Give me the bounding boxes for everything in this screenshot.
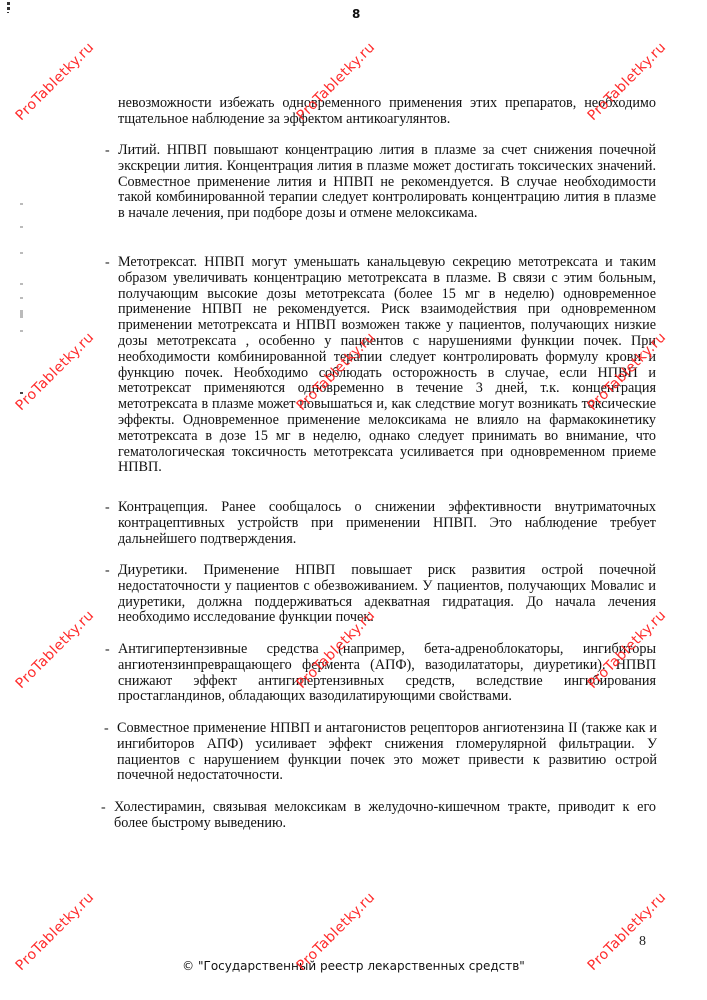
scan-noise (20, 226, 23, 228)
watermark: ProTabletky.ru (13, 329, 98, 414)
list-bullet: - (105, 563, 110, 579)
paragraph-antihypertensives: - Антигипертензивные средства (например,… (118, 642, 656, 705)
scan-noise (20, 283, 23, 285)
paragraph-text: Совместное применение НПВП и антагонисто… (117, 721, 657, 784)
list-bullet: - (105, 642, 110, 658)
copyright-footer: © "Государственный реестр лекарственных … (0, 959, 707, 973)
document-page: 8 невозможности избежать одновременного … (0, 0, 707, 1000)
paragraph-text: Диуретики. Применение НПВП повышает риск… (118, 563, 656, 626)
paragraph-diuretics: - Диуретики. Применение НПВП повышает ри… (118, 563, 656, 626)
paragraph-text: Антигипертензивные средства (например, б… (118, 642, 656, 705)
watermark: ProTabletky.ru (13, 39, 98, 124)
scan-noise (20, 203, 23, 205)
page-number-top: 8 (352, 7, 360, 21)
scan-noise (20, 310, 23, 318)
paragraph-text: Литий. НПВП повышают концентрацию лития … (118, 143, 656, 222)
paragraph-cholestyramine: - Холестирамин, связывая мелоксикам в же… (114, 800, 656, 832)
paragraph-methotrexate: - Метотрексат. НПВП могут уменьшать кана… (118, 255, 656, 476)
list-bullet: - (105, 255, 110, 271)
paragraph-anticoagulants-continued: невозможности избежать одновременного пр… (118, 96, 656, 128)
list-bullet: - (104, 721, 109, 737)
paragraph-text: Холестирамин, связывая мелоксикам в желу… (114, 800, 656, 832)
paragraph-text: невозможности избежать одновременного пр… (118, 96, 656, 128)
page-number-bottom: 8 (639, 934, 646, 950)
scan-noise (20, 330, 23, 332)
watermark: ProTabletky.ru (13, 607, 98, 692)
scan-noise (20, 297, 23, 299)
scan-noise (20, 252, 23, 254)
scan-noise (20, 392, 23, 394)
paragraph-angiotensin-antagonists: - Совместное применение НПВП и антагонис… (117, 721, 657, 784)
paragraph-text: Метотрексат. НПВП могут уменьшать каналь… (118, 255, 656, 476)
paragraph-text: Контрацепция. Ранее сообщалось о снижени… (118, 500, 656, 547)
paragraph-lithium: - Литий. НПВП повышают концентрацию лити… (118, 143, 656, 222)
list-bullet: - (105, 143, 110, 159)
scan-margin-marks (7, 2, 13, 15)
paragraph-contraception: - Контрацепция. Ранее сообщалось о сниже… (118, 500, 656, 547)
list-bullet: - (101, 800, 106, 816)
list-bullet: - (105, 500, 110, 516)
